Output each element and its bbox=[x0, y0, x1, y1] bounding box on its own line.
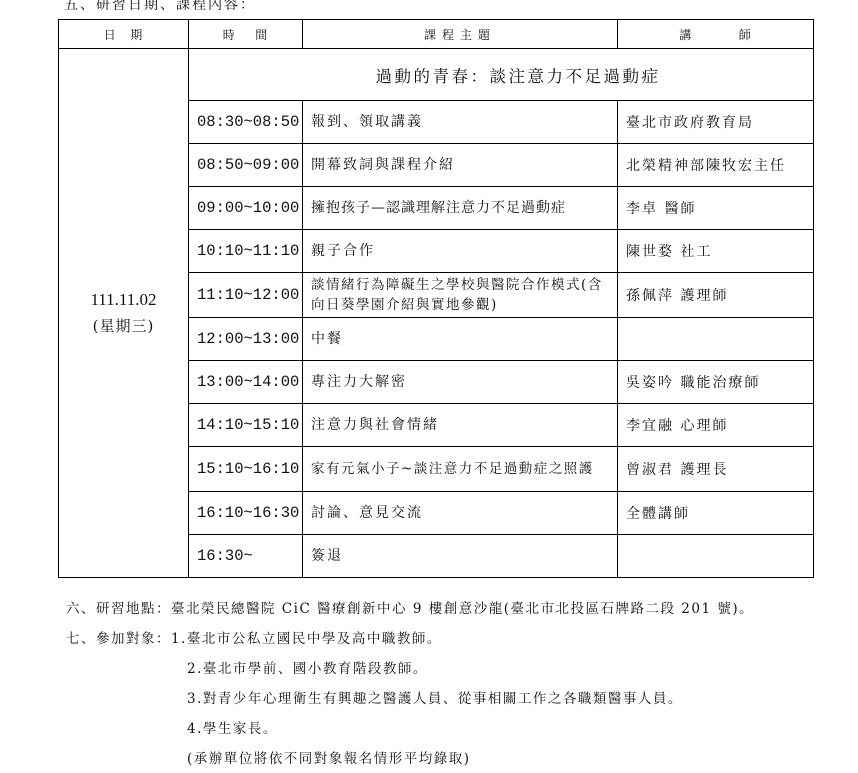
time-cell: 12:00~13:00 bbox=[189, 318, 303, 361]
section-heading-schedule: 五、研習日期、課程內容： bbox=[64, 0, 256, 14]
table-header-row: 日 期 時 間 課程主題 講 師 bbox=[59, 20, 814, 49]
topic-cell: 親子合作 bbox=[303, 230, 618, 273]
header-speaker: 講 師 bbox=[618, 20, 814, 49]
speaker-cell: 孫佩萍 護理師 bbox=[618, 273, 814, 318]
course-title: 過動的青春：談注意力不足過動症 bbox=[189, 49, 814, 101]
time-cell: 08:30~08:50 bbox=[189, 101, 303, 144]
time-cell: 14:10~15:10 bbox=[189, 404, 303, 447]
participant-item: 3.對青少年心理衛生有興趣之醫護人員、從事相關工作之各職類醫事人員。 bbox=[187, 690, 683, 708]
topic-cell: 報到、領取講義 bbox=[303, 101, 618, 144]
location-text: 臺北榮民總醫院 CiC 醫療創新中心 9 樓創意沙龍(臺北市北投區石牌路二段 2… bbox=[171, 601, 754, 617]
time-cell: 15:10~16:10 bbox=[189, 447, 303, 492]
speaker-cell: 李宜融 心理師 bbox=[618, 404, 814, 447]
topic-cell: 簽退 bbox=[303, 535, 618, 578]
participant-item: 1.臺北市公私立國民中學及高中職教師。 bbox=[171, 631, 442, 647]
course-schedule-table: 日 期 時 間 課程主題 講 師 bbox=[58, 19, 814, 578]
time-cell: 10:10~11:10 bbox=[189, 230, 303, 273]
speaker-cell: 曾淑君 護理長 bbox=[618, 447, 814, 492]
topic-cell: 開幕致詞與課程介紹 bbox=[303, 144, 618, 187]
course-title-row: 111.11.02 (星期三) 過動的青春：談注意力不足過動症 bbox=[59, 49, 814, 101]
time-cell: 08:50~09:00 bbox=[189, 144, 303, 187]
speaker-cell: 吳姿吟 職能治療師 bbox=[618, 361, 814, 404]
header-date: 日 期 bbox=[59, 20, 189, 49]
participant-item: 4.學生家長。 bbox=[187, 720, 278, 738]
speaker-cell: 北榮精神部陳牧宏主任 bbox=[618, 144, 814, 187]
header-topic: 課程主題 bbox=[303, 20, 618, 49]
participants-line-1: 七、參加對象：1.臺北市公私立國民中學及高中職教師。 bbox=[66, 630, 442, 648]
speaker-cell: 陳世婺 社工 bbox=[618, 230, 814, 273]
speaker-cell: 全體講師 bbox=[618, 492, 814, 535]
speaker-cell: 臺北市政府教育局 bbox=[618, 101, 814, 144]
weekday-value: (星期三) bbox=[59, 313, 188, 339]
speaker-cell bbox=[618, 535, 814, 578]
topic-cell: 談情緒行為障礙生之學校與醫院合作模式(含向日葵學園介紹與實地參觀) bbox=[303, 273, 618, 318]
topic-cell: 注意力與社會情緒 bbox=[303, 404, 618, 447]
speaker-cell: 李卓 醫師 bbox=[618, 187, 814, 230]
header-time: 時 間 bbox=[189, 20, 303, 49]
topic-cell: 擁抱孩子—認識理解注意力不足過動症 bbox=[303, 187, 618, 230]
time-cell: 11:10~12:00 bbox=[189, 273, 303, 318]
topic-cell: 家有元氣小子~談注意力不足過動症之照護 bbox=[303, 447, 618, 492]
time-cell: 16:10~16:30 bbox=[189, 492, 303, 535]
topic-cell: 中餐 bbox=[303, 318, 618, 361]
participants-note: (承辦單位將依不同對象報名情形平均錄取) bbox=[187, 750, 471, 768]
date-cell: 111.11.02 (星期三) bbox=[59, 49, 189, 578]
topic-cell: 專注力大解密 bbox=[303, 361, 618, 404]
topic-cell: 討論、意見交流 bbox=[303, 492, 618, 535]
location-label: 六、研習地點： bbox=[66, 601, 171, 617]
time-cell: 09:00~10:00 bbox=[189, 187, 303, 230]
participant-item: 2.臺北市學前、國小教育階段教師。 bbox=[187, 660, 428, 678]
speaker-cell bbox=[618, 318, 814, 361]
time-cell: 13:00~14:00 bbox=[189, 361, 303, 404]
participants-label: 七、參加對象： bbox=[66, 631, 171, 647]
time-cell: 16:30~ bbox=[189, 535, 303, 578]
date-value: 111.11.02 bbox=[59, 287, 188, 313]
location-line: 六、研習地點：臺北榮民總醫院 CiC 醫療創新中心 9 樓創意沙龍(臺北市北投區… bbox=[66, 600, 754, 618]
